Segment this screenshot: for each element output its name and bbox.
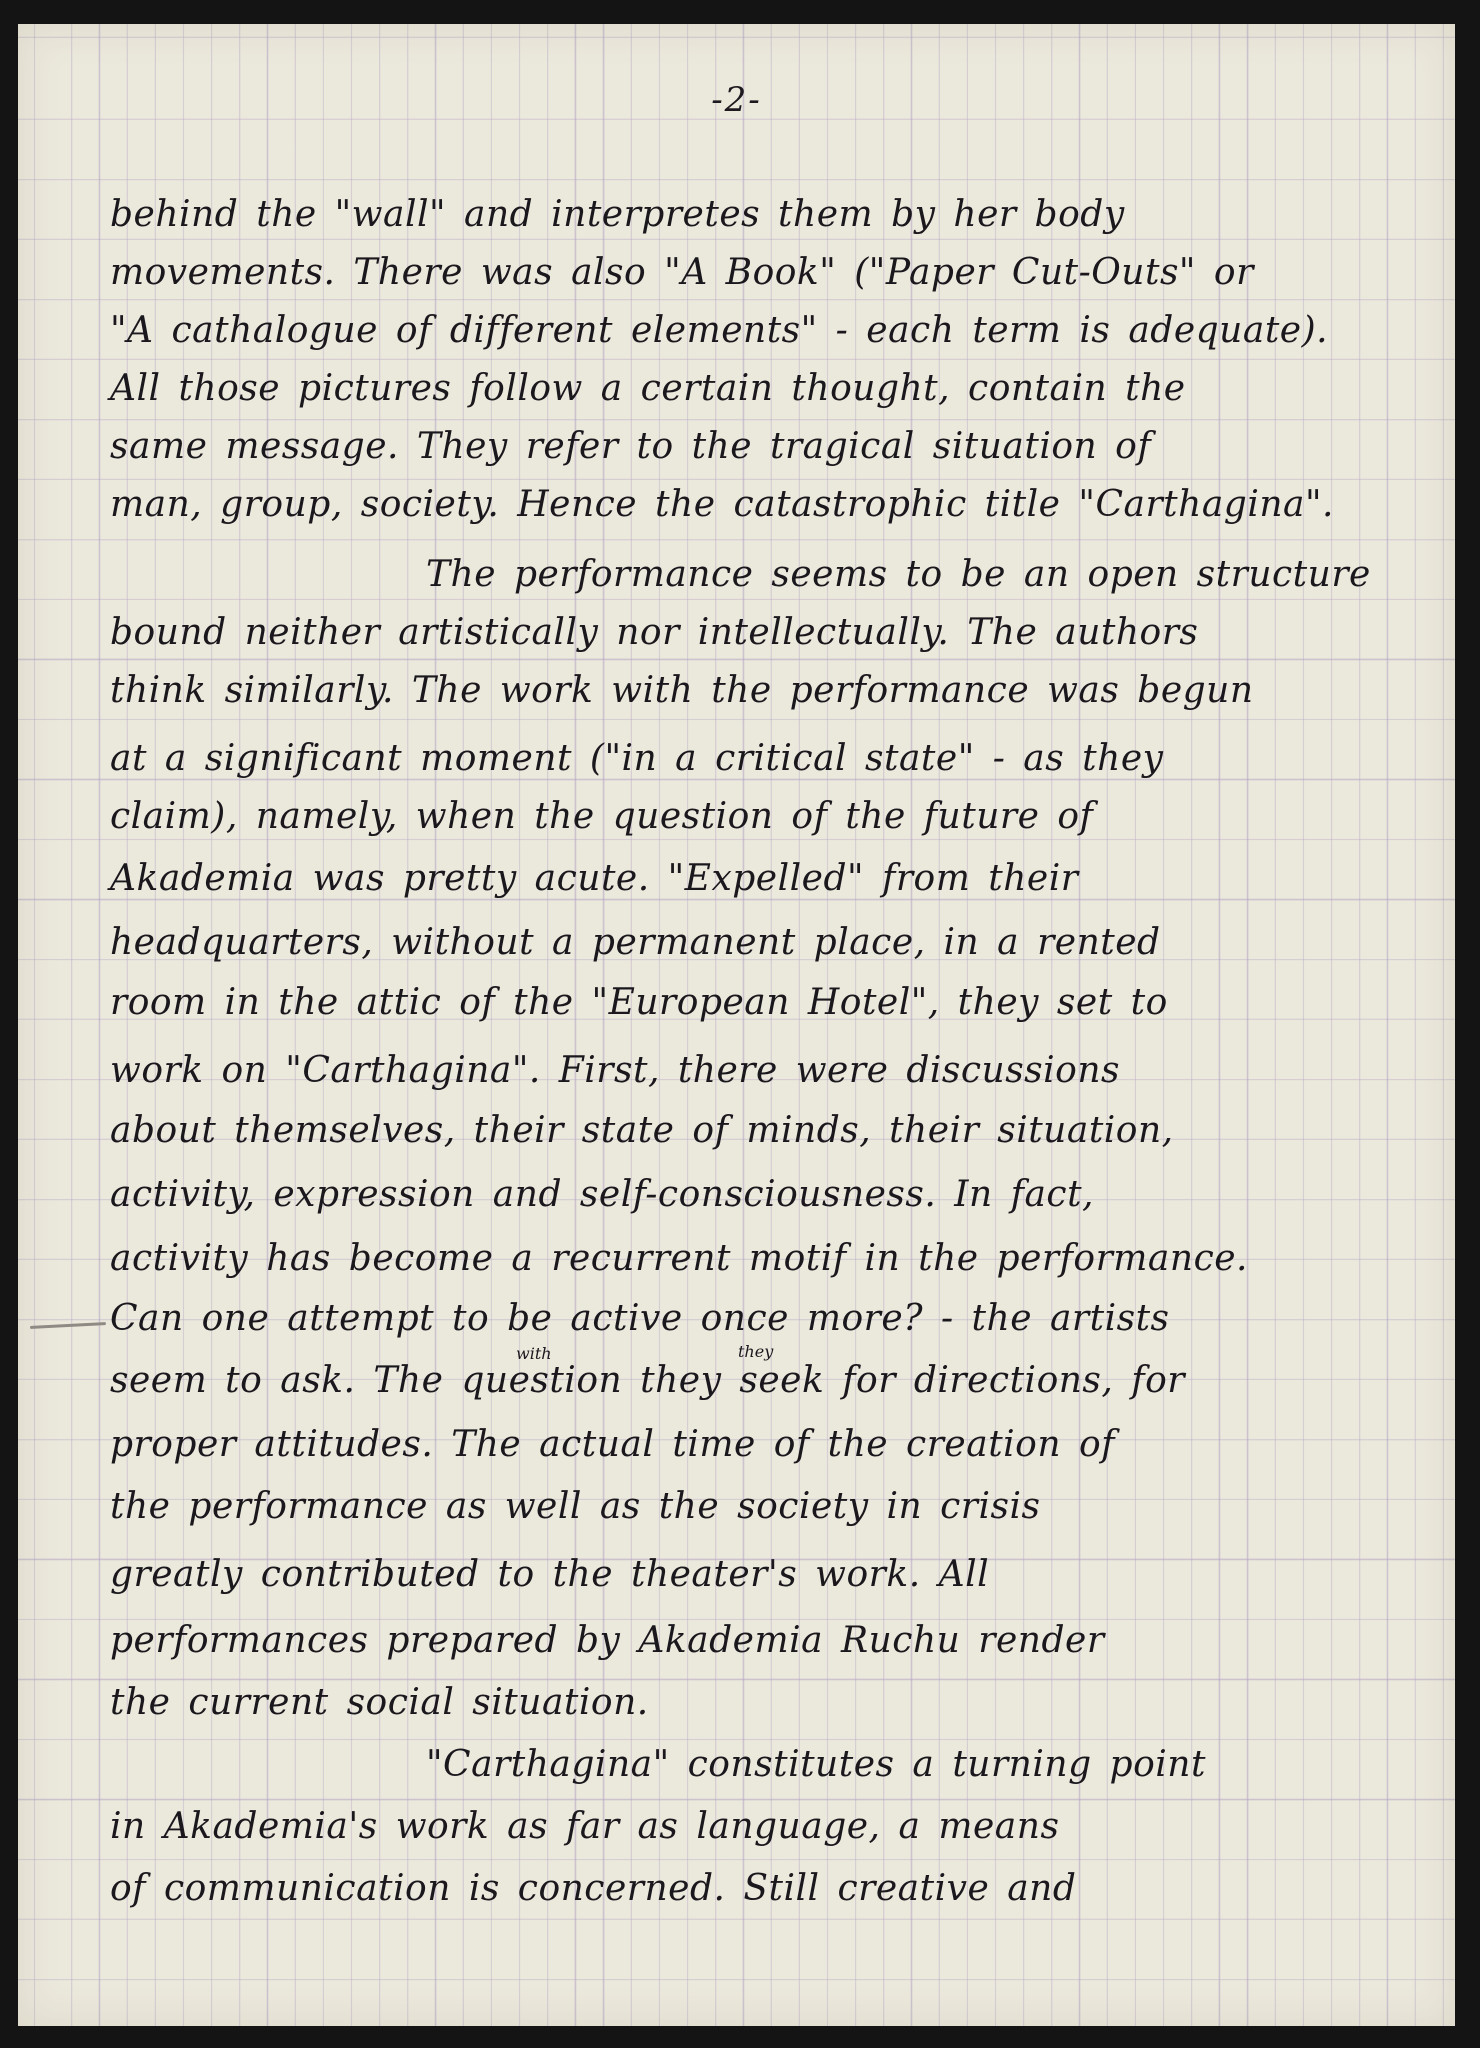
text-line-15: work on "Carthagina". First, there were … (110, 1050, 1120, 1091)
text-line-20: seem to ask. The question they seek for … (110, 1360, 1185, 1401)
text-line-12: Akademia was pretty acute. "Expelled" fr… (110, 858, 1078, 899)
text-line-22: the performance as well as the society i… (110, 1486, 1040, 1527)
text-line-17: activity, expression and self-consciousn… (110, 1174, 1094, 1215)
handwritten-page: -2- behind the "wall" and interpretes th… (18, 24, 1455, 2026)
text-line-6: man, group, society. Hence the catastrop… (110, 484, 1334, 525)
text-line-18: activity has become a recurrent motif in… (110, 1238, 1248, 1279)
text-line-23: greatly contributed to the theater's wor… (110, 1554, 989, 1595)
text-line-28: of communication is concerned. Still cre… (110, 1868, 1076, 1909)
text-line-2: movements. There was also "A Book" ("Pap… (110, 252, 1254, 293)
text-line-1: behind the "wall" and interpretes them b… (110, 194, 1125, 235)
text-line-5: same message. They refer to the tragical… (110, 426, 1151, 467)
text-line-21: proper attitudes. The actual time of the… (110, 1424, 1115, 1465)
text-line-9: think similarly. The work with the perfo… (110, 670, 1254, 711)
text-line-24: performances prepared by Akademia Ruchu … (110, 1620, 1105, 1661)
text-line-25: the current social situation. (110, 1682, 649, 1723)
text-line-10: at a significant moment ("in a critical … (110, 738, 1163, 779)
text-line-11: claim), namely, when the question of the… (110, 796, 1093, 837)
text-line-19: Can one attempt to be active once more? … (110, 1298, 1170, 1339)
text-line-3: "A cathalogue of different elements" - e… (110, 310, 1328, 351)
text-line-26-paragraph-start: "Carthagina" constitutes a turning point (426, 1744, 1206, 1785)
text-line-8: bound neither artistically nor intellect… (110, 612, 1198, 653)
text-line-27: in Akademia's work as far as language, a… (110, 1806, 1059, 1847)
margin-arrow-mark (30, 1322, 106, 1329)
insertion-they: they (738, 1342, 773, 1361)
text-line-13: headquarters, without a permanent place,… (110, 922, 1161, 963)
text-line-16: about themselves, their state of minds, … (110, 1110, 1174, 1151)
page-number: -2- (18, 80, 1455, 120)
text-line-7-paragraph-start: The performance seems to be an open stru… (426, 554, 1371, 595)
text-line-4: All those pictures follow a certain thou… (110, 368, 1186, 409)
text-line-14: room in the attic of the "European Hotel… (110, 982, 1168, 1023)
